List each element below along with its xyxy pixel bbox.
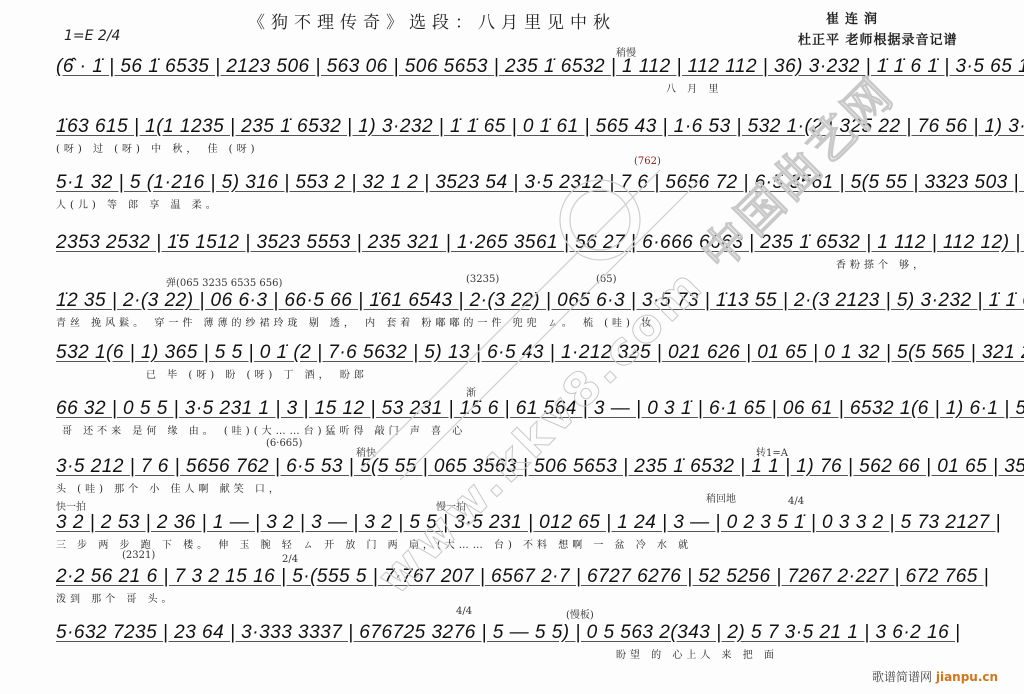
score-row: 2353 2532 | 1̇5 1512 | 3523 5553 | 235 3…: [56, 232, 976, 271]
notation-line: 3 2 | 2 53 | 2 36 | 1 — | 3 2 | 3 — | 3 …: [56, 512, 976, 534]
score-row: 532 1(6 | 1) 365 | 5 5 | 0 1̇ (2 | 7·6 5…: [56, 342, 976, 381]
variant-annotation: (65): [596, 274, 617, 285]
variant-annotation: (6·665): [266, 438, 302, 449]
instrument-annotation: 弹(065 3235 6535 656): [166, 274, 282, 289]
lyrics-line: 哥 还不来 是何 缘 由。 (哇)(大……台)猛听得 敲门 声 喜 心: [56, 422, 976, 437]
lyrics-line: 八 月 里: [56, 80, 976, 95]
tempo-annotation: 快一拍: [56, 498, 86, 513]
lyrics-line: 三 步 两 步 跑 下 楼。 伸 玉 腕 轻 ㄙ 开 放 门 两 扇，(大…… …: [56, 536, 976, 551]
site-footer: 歌谱简谱网 jianpu.cn: [872, 668, 998, 685]
time-signature-annotation: 4/4: [788, 496, 804, 507]
tempo-annotation: 稍回地: [706, 490, 736, 505]
lyrics-line: 青丝 挽风鬏。 穿一件 薄薄的纱裙玲珑 剔 透， 内 套着 粉嘟嘟的一件 兜兜 …: [56, 314, 976, 329]
score-row: 稍慢 (6̂ · 1̇ | 56 1̇ 6535 | 2123 506 | 56…: [56, 56, 976, 95]
time-signature-annotation: 4/4: [456, 606, 472, 617]
footer-label: 歌谱简谱网: [872, 670, 932, 684]
key-change-annotation: 转1=A: [756, 444, 788, 459]
variant-annotation: (762): [634, 156, 661, 167]
notation-line: 66 32 | 0 5 5 | 3·5 231 1 | 3 | 15 12 | …: [56, 398, 976, 420]
score-row: 渐 66 32 | 0 5 5 | 3·5 231 1 | 3 | 15 12 …: [56, 398, 976, 437]
score-row: 弹(065 3235 6535 656) (3235) (65) 1̇2 35 …: [56, 290, 976, 329]
notation-line: 5·632 7235 | 23 64 | 3·333 3337 | 676725…: [56, 622, 976, 644]
notation-line: 532 1(6 | 1) 365 | 5 5 | 0 1̇ (2 | 7·6 5…: [56, 342, 976, 364]
notation-line: 2·2 56 21 6 | 7 3 2 15 16 | 5·(555 5 | 7…: [56, 566, 976, 588]
score-row: 4/4 (慢板) 5·632 7235 | 23 64 | 3·333 3337…: [56, 622, 976, 661]
variant-annotation: (2321): [122, 550, 155, 561]
tempo-annotation: 渐: [466, 384, 476, 399]
key-signature: 1=E 2/4: [64, 28, 120, 44]
lyrics-line: 头 (哇) 那个 小 佳人啊 献笑 口，: [56, 480, 976, 495]
footer-site-link[interactable]: jianpu.cn: [936, 670, 998, 684]
tempo-annotation: 稍慢: [616, 44, 636, 59]
notation-line: 3·5 212 | 7 6 | 5656 762 | 6·5 53 | 5(5 …: [56, 456, 976, 478]
score-row: (2321) 2/4 2·2 56 21 6 | 7 3 2 15 16 | 5…: [56, 566, 976, 605]
lyrics-line: 已 毕 (呀) 盼 (呀) 丁 酒， 盼郎: [56, 366, 976, 381]
notation-line: 2353 2532 | 1̇5 1512 | 3523 5553 | 235 3…: [56, 232, 976, 254]
notation-line: 5·1 32 | 5 (1·216 | 5) 316 | 553 2 | 32 …: [56, 172, 976, 194]
lyrics-line: 泼到 那个 哥 头。: [56, 590, 976, 605]
tempo-annotation: (慢板): [566, 606, 594, 621]
notation-line: (6̂ · 1̇ | 56 1̇ 6535 | 2123 506 | 563 0…: [56, 56, 976, 78]
score-row: (762) 5·1 32 | 5 (1·216 | 5) 316 | 553 2…: [56, 172, 976, 211]
score-row: 1̇63 615 | 1(1 1235 | 235 1̇ 6532 | 1) 3…: [56, 116, 976, 155]
lyrics-line: 人(儿) 等 郎 享 温 柔。: [56, 196, 976, 211]
tempo-annotation: 慢一拍: [436, 498, 466, 513]
score-row: 快一拍 慢一拍 稍回地 4/4 3 2 | 2 53 | 2 36 | 1 — …: [56, 512, 976, 551]
author: 崔连润: [826, 8, 883, 27]
lyrics-line: 盼望 的 心上人 来 把 面: [56, 646, 976, 661]
notation-line: 1̇63 615 | 1(1 1235 | 235 1̇ 6532 | 1) 3…: [56, 116, 976, 138]
variant-annotation: (3235): [466, 274, 499, 285]
score-page: 《狗不理传奇》选段：八月里见中秋 1=E 2/4 崔连润 杜正平 老师根据录音记…: [0, 0, 1024, 694]
time-signature-annotation: 2/4: [282, 554, 298, 565]
score-row: (6·665) 稍快 转1=A 3·5 212 | 7 6 | 5656 762…: [56, 456, 976, 495]
notation-line: 1̇2 35 | 2·(3 22) | 06 6·3 | 66·5 66 | 1…: [56, 290, 976, 312]
lyrics-line: 香粉搽个 够，: [56, 256, 976, 271]
tempo-annotation: 稍快: [356, 444, 376, 459]
song-title: 《狗不理传奇》选段：八月里见中秋: [248, 8, 616, 33]
transcription-credit: 杜正平 老师根据录音记谱: [798, 29, 958, 48]
lyrics-line: (呀) 过 (呀) 中 秋， 佳 (呀): [56, 140, 976, 155]
